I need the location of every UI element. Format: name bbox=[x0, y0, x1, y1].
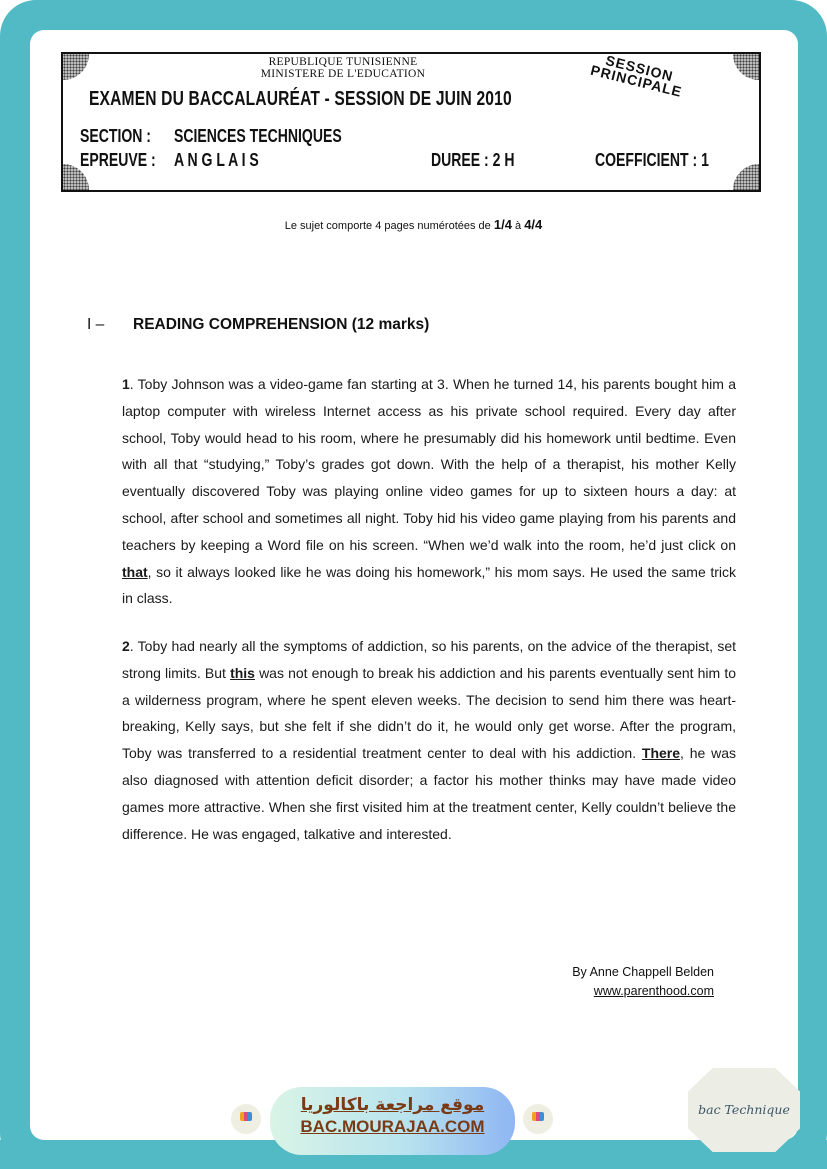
section-number: I – bbox=[87, 316, 133, 334]
section-heading: I –READING COMPREHENSION (12 marks) bbox=[87, 316, 429, 334]
section-title: READING COMPREHENSION (12 marks) bbox=[133, 316, 429, 333]
paragraph-text: , so it always looked like he was doing … bbox=[122, 564, 736, 607]
underlined-word: There bbox=[642, 745, 680, 761]
section-label: SECTION : bbox=[80, 126, 151, 147]
underlined-word: this bbox=[230, 665, 255, 681]
ministry-label: MINISTERE DE L'EDUCATION bbox=[63, 68, 623, 80]
paragraph-number: 1 bbox=[122, 376, 130, 392]
session-stamp: SESSION PRINCIPALE bbox=[589, 51, 686, 99]
page-to: 4/4 bbox=[524, 217, 542, 232]
page-count-text: Le sujet comporte 4 pages numérotées de bbox=[285, 220, 491, 232]
paragraph-number: 2 bbox=[122, 638, 130, 654]
underlined-word: that bbox=[122, 564, 148, 580]
coefficient: COEFFICIENT : 1 bbox=[595, 150, 709, 171]
bac-technique-badge: bac Technique bbox=[688, 1068, 800, 1152]
section-value: SCIENCES TECHNIQUES bbox=[174, 126, 342, 147]
corner-ornament bbox=[733, 54, 759, 80]
exam-title: EXAMEN DU BACCALAURÉAT - SESSION DE JUIN… bbox=[89, 88, 512, 111]
page-from: 1/4 bbox=[494, 217, 512, 232]
exam-header: REPUBLIQUE TUNISIENNE MINISTERE DE L'EDU… bbox=[61, 52, 761, 192]
site-banner[interactable]: موقع مراجعة باكالوريا BAC.MOURAJAA.COM bbox=[270, 1087, 515, 1155]
source-credit: By Anne Chappell Belden www.parenthood.c… bbox=[572, 963, 714, 1001]
paragraph-1: 1. Toby Johnson was a video-game fan sta… bbox=[122, 371, 736, 612]
site-logo-icon bbox=[231, 1104, 261, 1134]
paragraph-text: . Toby Johnson was a video-game fan star… bbox=[122, 376, 736, 553]
paragraph-2: 2. Toby had nearly all the symptoms of a… bbox=[122, 633, 736, 847]
epreuve-label: EPREUVE : bbox=[80, 150, 156, 171]
epreuve-value: A N G L A I S bbox=[174, 150, 259, 171]
author: By Anne Chappell Belden bbox=[572, 963, 714, 982]
page-sep: à bbox=[515, 220, 521, 232]
site-logo-icon bbox=[523, 1104, 553, 1134]
corner-ornament bbox=[733, 164, 759, 190]
banner-site: BAC.MOURAJAA.COM bbox=[270, 1117, 515, 1137]
banner-arabic: موقع مراجعة باكالوريا bbox=[270, 1095, 515, 1115]
republic-label: REPUBLIQUE TUNISIENNE bbox=[63, 56, 623, 68]
duration: DUREE : 2 H bbox=[431, 150, 514, 171]
page-count-note: Le sujet comporte 4 pages numérotées de … bbox=[0, 217, 827, 232]
source-link[interactable]: www.parenthood.com bbox=[594, 984, 714, 998]
